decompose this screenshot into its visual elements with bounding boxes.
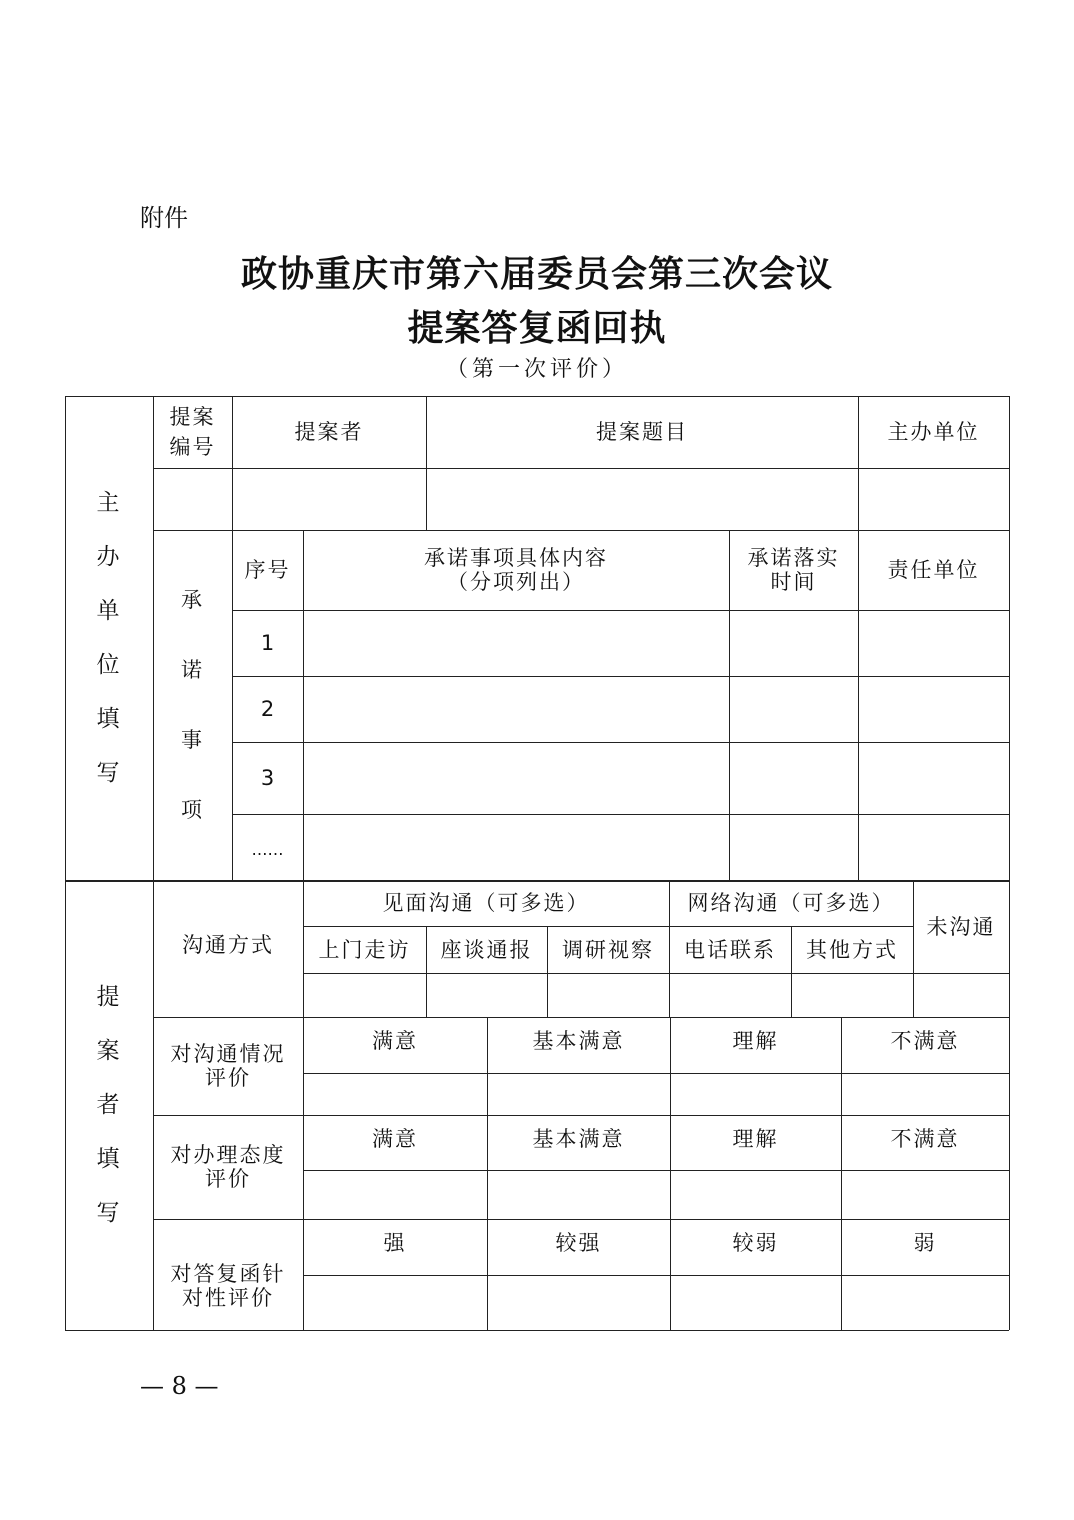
rating-checkbox[interactable]	[303, 1275, 487, 1330]
rating-relevance-label: 对答复函针 对性评价	[153, 1219, 303, 1330]
rating-checkbox[interactable]	[670, 1275, 841, 1330]
commitment-content-field[interactable]	[303, 742, 729, 814]
side-char: 办	[97, 545, 122, 569]
rating-option: 较弱	[670, 1219, 841, 1275]
rating-checkbox[interactable]	[487, 1170, 670, 1219]
option-symposium: 座谈通报	[426, 926, 547, 973]
checkbox-inspection[interactable]	[547, 973, 669, 1017]
side-char: 提	[97, 985, 122, 1009]
header-host-unit: 主办单位	[858, 396, 1009, 468]
page-number: — 8 —	[140, 1372, 219, 1400]
rating-option: 强	[303, 1219, 487, 1275]
rating-option: 基本满意	[487, 1017, 670, 1073]
header-proposal-title: 提案题目	[426, 396, 858, 468]
checkbox-home-visit[interactable]	[303, 973, 426, 1017]
side-char: 位	[97, 653, 122, 677]
checkbox-other[interactable]	[791, 973, 913, 1017]
side-char: 诺	[181, 658, 204, 682]
header-responsible-unit: 责任单位	[858, 530, 1009, 610]
rating-checkbox[interactable]	[487, 1275, 670, 1330]
rating-checkbox[interactable]	[487, 1073, 670, 1115]
checkbox-symposium[interactable]	[426, 973, 547, 1017]
side-label-host: 主 办 单 位 填 写	[65, 396, 153, 880]
commitment-content-field[interactable]	[303, 814, 729, 880]
proposer-field[interactable]	[232, 468, 426, 530]
option-phone: 电话联系	[669, 926, 791, 973]
side-char: 者	[97, 1093, 122, 1117]
rating-checkbox[interactable]	[670, 1073, 841, 1115]
side-char: 主	[97, 491, 122, 515]
header-proposer: 提案者	[232, 396, 426, 468]
header-line: 时间	[771, 570, 817, 594]
seq-1: 1	[232, 610, 303, 676]
label-line: 对答复函针	[171, 1262, 286, 1286]
side-label-proposer: 提 案 者 填 写	[65, 880, 153, 1330]
table-border-bottom	[65, 1330, 1009, 1331]
document-title-line1: 政协重庆市第六届委员会第三次会议	[0, 246, 1074, 297]
rating-option: 基本满意	[487, 1115, 670, 1170]
side-char: 单	[97, 599, 122, 623]
rating-checkbox[interactable]	[841, 1275, 1009, 1330]
commitment-content-field[interactable]	[303, 676, 729, 742]
option-inspection: 调研视察	[547, 926, 669, 973]
side-char: 写	[97, 761, 122, 785]
rating-attitude-label: 对办理态度 评价	[153, 1115, 303, 1219]
side-char: 案	[97, 1039, 122, 1063]
header-seq: 序号	[232, 530, 303, 610]
label-line: 评价	[205, 1066, 251, 1090]
rating-option: 满意	[303, 1017, 487, 1073]
proposal-title-field[interactable]	[426, 468, 858, 530]
label-line: 评价	[205, 1167, 251, 1191]
rating-checkbox[interactable]	[303, 1170, 487, 1219]
communication-label: 沟通方式	[153, 880, 303, 1017]
rating-option: 理解	[670, 1017, 841, 1073]
rating-communication-label: 对沟通情况 评价	[153, 1017, 303, 1115]
header-commitment-time: 承诺落实 时间	[729, 530, 858, 610]
rating-option: 不满意	[841, 1115, 1009, 1170]
face-to-face-header: 见面沟通（可多选）	[303, 880, 669, 926]
side-char: 承	[181, 588, 204, 612]
table-border-right	[1009, 396, 1010, 1330]
label-line: 对办理态度	[171, 1143, 286, 1167]
rating-option: 理解	[670, 1115, 841, 1170]
seq-2: 2	[232, 676, 303, 742]
header-proposal-no: 提案 编号	[153, 396, 232, 468]
rating-checkbox[interactable]	[841, 1073, 1009, 1115]
seq-3: 3	[232, 742, 303, 814]
header-line: 承诺落实	[748, 546, 840, 570]
rating-checkbox[interactable]	[303, 1073, 487, 1115]
online-header: 网络沟通（可多选）	[669, 880, 913, 926]
label-line: 对沟通情况	[171, 1042, 286, 1066]
proposal-no-field[interactable]	[153, 468, 232, 530]
document-subtitle: （第一次评价）	[0, 352, 1074, 383]
side-char: 填	[97, 1147, 122, 1171]
rating-option: 满意	[303, 1115, 487, 1170]
no-communication-header: 未沟通	[913, 880, 1009, 973]
rating-checkbox[interactable]	[670, 1170, 841, 1219]
side-char: 写	[97, 1201, 122, 1225]
commitment-content-field[interactable]	[303, 610, 729, 676]
checkbox-no-communication[interactable]	[913, 973, 1009, 1017]
header-line: （分项列出）	[447, 570, 585, 594]
host-unit-field[interactable]	[858, 468, 1009, 530]
rating-option: 不满意	[841, 1017, 1009, 1073]
option-home-visit: 上门走访	[303, 926, 426, 973]
side-char: 事	[181, 728, 204, 752]
seq-more: ……	[232, 830, 303, 870]
checkbox-phone[interactable]	[669, 973, 791, 1017]
rating-option: 弱	[841, 1219, 1009, 1275]
side-label-commitments: 承 诺 事 项	[153, 530, 232, 880]
label-line: 对性评价	[182, 1286, 274, 1310]
document-title-line2: 提案答复函回执	[0, 300, 1074, 351]
option-other: 其他方式	[791, 926, 913, 973]
header-commitment-content: 承诺事项具体内容 （分项列出）	[303, 530, 729, 610]
header-line: 承诺事项具体内容	[424, 546, 608, 570]
rating-checkbox[interactable]	[841, 1170, 1009, 1219]
annex-label: 附件	[140, 198, 188, 233]
rating-option: 较强	[487, 1219, 670, 1275]
side-char: 填	[97, 707, 122, 731]
side-char: 项	[181, 798, 204, 822]
